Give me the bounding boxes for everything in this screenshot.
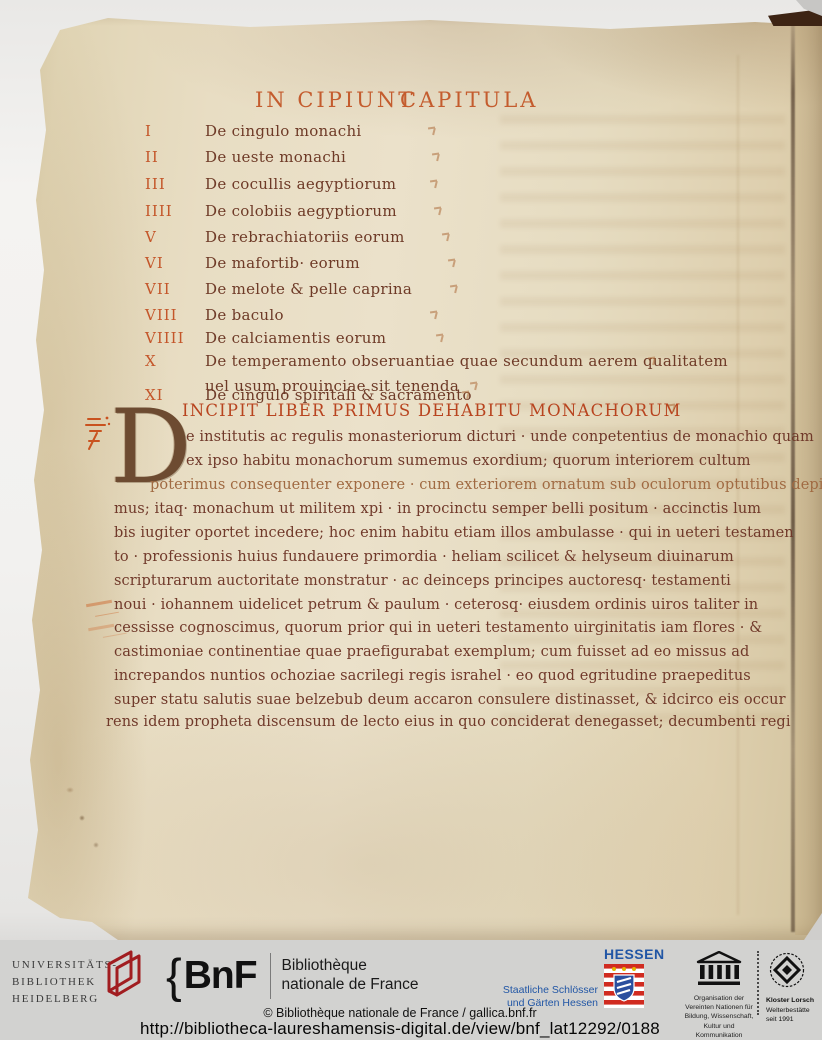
pen-mark-icon: [442, 233, 450, 243]
chapter-number: VIIII: [145, 329, 185, 347]
body-line: rens idem propheta discensum de lecto ei…: [106, 714, 791, 730]
pen-mark-icon: [430, 311, 438, 321]
pen-mark-icon: [436, 334, 444, 344]
chapter-number: X: [145, 352, 157, 370]
source-url: http://bibliotheca-laureshamensis-digita…: [0, 1019, 800, 1039]
pen-mark-icon: [432, 153, 440, 163]
chapter-row: II De ueste monachi: [0, 148, 822, 172]
body-line: noui · iohannem uidelicet petrum & paulu…: [114, 597, 758, 613]
pen-mark-icon: [648, 357, 656, 367]
unesco-caption-line: Organisation der: [684, 994, 754, 1003]
bnf-logo: { BnF Bibliothèque nationale de France: [166, 952, 419, 999]
chapter-title: De ueste monachi: [205, 148, 346, 166]
initial-ornament-icon: [84, 412, 112, 459]
chapter-number: V: [145, 228, 157, 246]
pen-mark-icon: [448, 259, 456, 269]
body-line: increpandos nuntios ochoziae sacrilegi r…: [114, 668, 751, 684]
manuscript-scan: IN CIPIUNT CAPITULA I De cingulo monachi…: [0, 0, 822, 940]
chapter-title: De calciamentis eorum: [205, 329, 386, 347]
chapter-title: De melote & pelle caprina: [205, 280, 412, 298]
body-line: to · professionis huius fundauere primor…: [114, 549, 734, 565]
chapter-title: De cingulo monachi: [205, 122, 362, 140]
body-line: poterimus consequenter exponere · cum ex…: [150, 477, 822, 493]
hessen-caption-line: Staatliche Schlösser: [482, 984, 598, 997]
capitula-title-right: CAPITULA: [400, 88, 538, 112]
chapter-number: IIII: [145, 202, 173, 220]
chapter-number: VI: [145, 254, 164, 272]
body-line: castimoniae continentiae quae praefigura…: [114, 644, 749, 660]
bnf-full-name: Bibliothèque nationale de France: [282, 957, 419, 994]
chapter-row: VI De mafortib· eorum: [0, 254, 822, 278]
capitula-title-left: IN CIPIUNT: [255, 88, 415, 112]
pen-mark-icon: [450, 285, 458, 295]
lorsch-emblem-icon: [768, 951, 806, 989]
chapter-row: X De temperamento obseruantiae quae secu…: [0, 352, 822, 376]
body-line: e institutis ac regulis monasteriorum di…: [186, 429, 814, 445]
chapter-row: V De rebrachiatoriis eorum: [0, 228, 822, 252]
body-line: ex ipso habitu monachorum sumemus exordi…: [186, 453, 751, 469]
chapter-number: III: [145, 175, 166, 193]
pen-mark-icon: [668, 404, 676, 414]
bnf-divider: [270, 953, 271, 999]
digital-library-page: IN CIPIUNT CAPITULA I De cingulo monachi…: [0, 0, 822, 1040]
unesco-temple-icon: [696, 951, 742, 986]
body-line: bis iugiter oportet incedere; hoc enim h…: [114, 525, 794, 541]
copyright-note: © Bibliothèque nationale de France / gal…: [0, 1006, 800, 1020]
pen-mark-icon: [462, 391, 470, 401]
hessen-wordmark: HESSEN: [604, 946, 665, 962]
lorsch-caption-line: Kloster Lorsch: [766, 996, 822, 1006]
chapter-row: IIII De colobiis aegyptiorum: [0, 202, 822, 226]
chapter-title: De rebrachiatoriis eorum: [205, 228, 405, 246]
institution-banner: UNIVERSITÄTS- BIBLIOTHEK HEIDELBERG { Bn…: [0, 940, 822, 1040]
pen-mark-icon: [430, 180, 438, 190]
chapter-row: III De cocullis aegyptiorum: [0, 175, 822, 199]
bnf-brace-icon: {: [166, 952, 182, 999]
chapter-number: VII: [145, 280, 171, 298]
chapter-number: I: [145, 122, 152, 140]
body-line: scripturarum auctoritate monstratur · ac…: [114, 573, 731, 589]
body-line: mus; itaq· monachum ut militem xpi · in …: [114, 501, 761, 517]
chapter-title: De cocullis aegyptiorum: [205, 175, 396, 193]
bnf-acronym: BnF: [184, 956, 257, 995]
chapter-row: I De cingulo monachi: [0, 122, 822, 146]
chapter-row: VIII De baculo: [0, 306, 822, 330]
body-line: cessisse cognoscimus, quorum prior qui i…: [114, 620, 762, 636]
pen-mark-icon: [428, 127, 436, 137]
chapter-title: De mafortib· eorum: [205, 254, 360, 272]
body-line: super statu salutis suae belzebub deum a…: [114, 692, 786, 708]
heidelberg-books-logo-icon: [98, 947, 148, 1012]
chapter-title: De baculo: [205, 306, 284, 324]
chapter-number: VIII: [145, 306, 178, 324]
incipit-heading: INCIPIT LIBER PRIMUS DEHABITU MONACHORUM: [182, 401, 682, 420]
bnf-name-line: nationale de France: [282, 976, 419, 995]
chapter-row: VIIII De calciamentis eorum: [0, 329, 822, 353]
pen-mark-icon: [434, 207, 442, 217]
chapter-title: De colobiis aegyptiorum: [205, 202, 397, 220]
bnf-name-line: Bibliothèque: [282, 957, 419, 976]
chapter-number: II: [145, 148, 159, 166]
chapter-row: VII De melote & pelle caprina: [0, 280, 822, 304]
